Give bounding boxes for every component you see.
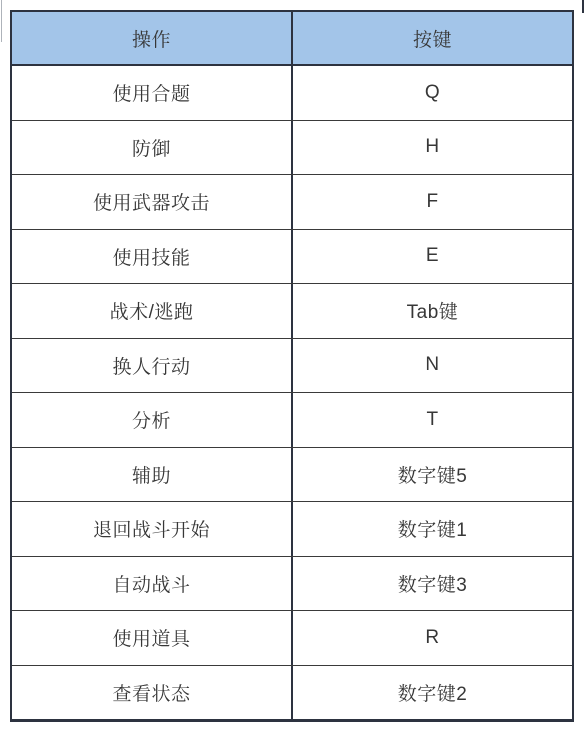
key-cell: Q — [293, 66, 572, 120]
table-row: 分析 T — [12, 392, 572, 447]
action-cell: 辅助 — [12, 448, 293, 502]
action-cell: 换人行动 — [12, 339, 293, 393]
action-cell: 自动战斗 — [12, 557, 293, 611]
key-cell: Tab键 — [293, 284, 572, 338]
table-row: 换人行动 N — [12, 338, 572, 393]
action-cell: 使用道具 — [12, 611, 293, 665]
key-cell: 数字键5 — [293, 448, 572, 502]
action-cell: 战术/逃跑 — [12, 284, 293, 338]
table-row: 查看状态 数字键2 — [12, 665, 572, 720]
key-cell: 数字键1 — [293, 502, 572, 556]
action-cell: 使用武器攻击 — [12, 175, 293, 229]
action-cell: 使用合题 — [12, 66, 293, 120]
table-row: 辅助 数字键5 — [12, 447, 572, 502]
table-row: 战术/逃跑 Tab键 — [12, 283, 572, 338]
key-cell: 数字键2 — [293, 666, 572, 720]
key-cell: F — [293, 175, 572, 229]
table-row: 使用武器攻击 F — [12, 174, 572, 229]
key-cell: R — [293, 611, 572, 665]
table-row: 使用合题 Q — [12, 66, 572, 120]
table-row: 退回战斗开始 数字键1 — [12, 501, 572, 556]
key-cell: 数字键3 — [293, 557, 572, 611]
action-cell: 退回战斗开始 — [12, 502, 293, 556]
crop-artifact-left — [1, 0, 2, 42]
key-cell: E — [293, 230, 572, 284]
header-cell-key: 按键 — [293, 12, 572, 64]
action-cell: 防御 — [12, 121, 293, 175]
table-header-row: 操作 按键 — [12, 12, 572, 66]
table-row: 使用道具 R — [12, 610, 572, 665]
key-cell: H — [293, 121, 572, 175]
action-cell: 分析 — [12, 393, 293, 447]
key-cell: N — [293, 339, 572, 393]
header-cell-action: 操作 — [12, 12, 293, 64]
keybinds-table: 操作 按键 使用合题 Q 防御 H 使用武器攻击 F 使用技能 E 战术/逃跑 … — [10, 10, 574, 722]
action-cell: 使用技能 — [12, 230, 293, 284]
key-cell: T — [293, 393, 572, 447]
page: 操作 按键 使用合题 Q 防御 H 使用武器攻击 F 使用技能 E 战术/逃跑 … — [0, 0, 584, 734]
table-row: 使用技能 E — [12, 229, 572, 284]
table-row: 自动战斗 数字键3 — [12, 556, 572, 611]
table-row: 防御 H — [12, 120, 572, 175]
action-cell: 查看状态 — [12, 666, 293, 720]
